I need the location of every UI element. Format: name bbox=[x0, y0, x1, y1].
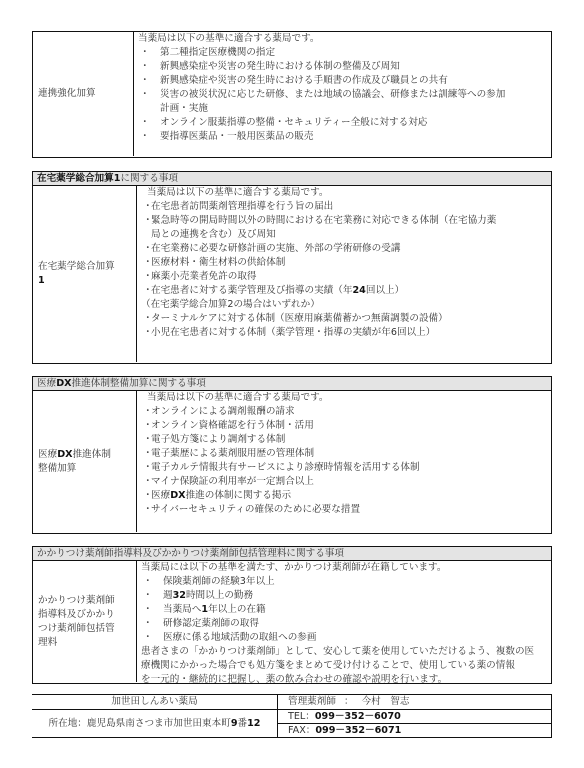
section-label: 在宅薬学総合加算 1 bbox=[33, 186, 137, 362]
list-item: ・新興感染症や災害の発生時における体制の整備及び周知 bbox=[138, 60, 547, 74]
bullet-icon: ・ bbox=[141, 461, 151, 475]
list-item-text: オンラインによる調剤報酬の請求 bbox=[151, 405, 295, 419]
footer-left-column: 加世田しんあい薬局 所在地：鹿児島県南さつま市加世田東本町9番12 bbox=[32, 695, 278, 737]
bullet-icon: ・ bbox=[141, 447, 151, 461]
list-item: ・研修認定薬剤師の取得 bbox=[141, 617, 547, 631]
list-item: ・ターミナルケアに対する体制（医療用麻薬備蓄かつ無菌調製の設備） bbox=[141, 312, 547, 326]
description-line: 患者さまの「かかりつけ薬剤師」として、安心して薬を使用していただけるよう、複数の… bbox=[141, 645, 547, 659]
section-header-text: に関する事項 bbox=[120, 173, 178, 184]
address-number: 12 bbox=[247, 718, 260, 729]
section-header: 医療DX推進体制整備加算に関する事項 bbox=[33, 377, 551, 391]
list-item-text: 麻薬小売業者免許の取得 bbox=[151, 270, 257, 284]
list-item: ・サイバーセキュリティの確保のために必要な措置 bbox=[141, 503, 547, 517]
list-item-text: 災害の被災状況に応じた研修、または地域の協議会、研修または訓練等への参加 bbox=[160, 88, 505, 102]
list-item-text: 週32時間以上の勤務 bbox=[163, 589, 253, 603]
list-item-text: 新興感染症や災害の発生時における体制の整備及び周知 bbox=[160, 60, 400, 74]
list-item: ・第二種指定医療機関の指定 bbox=[138, 46, 547, 60]
section-header-text: 医療 bbox=[37, 378, 56, 389]
section-zaitaku-yakugaku: 在宅薬学総合加算1に関する事項 在宅薬学総合加算 1 当薬局は以下の基準に適合す… bbox=[32, 171, 552, 364]
bullet-icon: ・ bbox=[141, 475, 151, 489]
list-item-text: 保険薬剤師の経験3年以上 bbox=[163, 575, 275, 589]
list-item: ・マイナ保険証の利用率が一定割合以上 bbox=[141, 475, 547, 489]
section-iryo-dx: 医療DX推進体制整備加算に関する事項 医療DX推進体制 整備加算 当薬局は以下の… bbox=[32, 376, 552, 534]
list-item-text: 新興感染症や災害の発生時における手順書の作成及び職員との共有 bbox=[160, 74, 448, 88]
section-label-line: かかりつけ薬剤師 bbox=[38, 594, 115, 608]
tel-label: TEL： bbox=[288, 711, 315, 722]
list-item-text: オンライン服薬指導の整備・セキュリティー全般に対する対応 bbox=[160, 116, 427, 130]
list-item: ・麻薬小売業者免許の取得 bbox=[141, 270, 547, 284]
description-line: を一元的・継続的に把握し、薬の飲み合わせの確認や説明を行います。 bbox=[141, 673, 547, 687]
list-item-continuation: 局との連携を含む）及び周知 bbox=[141, 228, 547, 242]
manager-pharmacist: 管理薬剤師：今村 智志 bbox=[278, 695, 551, 710]
list-item: ・電子カルテ情報共有サービスにより診療時情報を活用する体制 bbox=[141, 461, 547, 475]
section-label-text: 在宅薬学総合加算 bbox=[38, 260, 115, 274]
list-item-text: 在宅業務に必要な研修計画の実施、外部の学術研修の受講 bbox=[151, 242, 400, 256]
fax-number: 099－352－6071 bbox=[315, 725, 401, 736]
bullet-icon: ・ bbox=[138, 88, 160, 102]
list-item: ・在宅患者に対する薬学管理及び指導の実績（年24回以上） bbox=[141, 284, 547, 298]
bullet-icon: ・ bbox=[141, 503, 151, 517]
list-item-text: 在宅患者に対する薬学管理及び指導の実績（年24回以上） bbox=[151, 284, 404, 298]
list-item: ・電子薬歴による薬剤服用歴の管理体制 bbox=[141, 447, 547, 461]
footer-right-column: 管理薬剤師：今村 智志 TEL：099－352－6070 FAX：099－352… bbox=[278, 695, 552, 737]
section-kakaritsuke: かかりつけ薬剤師指導料及びかかりつけ薬剤師包括管理料に関する事項 かかりつけ薬剤… bbox=[32, 546, 552, 684]
bullet-icon: ・ bbox=[141, 242, 151, 256]
section-header-bold: DX bbox=[56, 378, 71, 389]
list-item: ・オンラインによる調剤報酬の請求 bbox=[141, 405, 547, 419]
section-label-number: 1 bbox=[38, 275, 45, 286]
section-label: 医療DX推進体制 整備加算 bbox=[33, 391, 137, 532]
list-item-text: 電子カルテ情報共有サービスにより診療時情報を活用する体制 bbox=[151, 461, 420, 475]
text-segment: 週 bbox=[163, 590, 173, 601]
text-segment: 当薬局へ bbox=[163, 604, 201, 615]
tel-number-link[interactable]: 099－352－6070 bbox=[315, 711, 401, 722]
section-label-line: 医療DX推進体制 bbox=[38, 448, 111, 462]
section-label: かかりつけ薬剤師 指導料及びかかり つけ薬剤師包括管 理料 bbox=[33, 561, 137, 682]
section-renkei-kyoka: 連携強化加算 当薬局は以下の基準に適合する薬局です。 ・第二種指定医療機関の指定… bbox=[32, 31, 552, 158]
bullet-icon: ・ bbox=[138, 74, 160, 88]
list-item-text: 当薬局へ1年以上の在籍 bbox=[163, 603, 266, 617]
intro-text: 当薬局は以下の基準に適合する薬局です。 bbox=[141, 391, 547, 405]
bullet-icon: ・ bbox=[141, 489, 151, 503]
tel-row: TEL：099－352－6070 bbox=[278, 710, 551, 724]
bullet-icon: ・ bbox=[141, 270, 151, 284]
list-item: ・災害の被災状況に応じた研修、または地域の協議会、研修または訓練等への参加 bbox=[138, 88, 547, 102]
address-number: 9 bbox=[231, 718, 238, 729]
pharmacy-name: 加世田しんあい薬局 bbox=[32, 695, 277, 710]
list-item-text: 小児在宅患者に対する体制（薬学管理・指導の実績が年6回以上） bbox=[151, 326, 435, 340]
text-segment: 医療 bbox=[151, 490, 170, 501]
list-item-text: 電子薬歴による薬剤服用歴の管理体制 bbox=[151, 447, 314, 461]
section-header-bold: 在宅薬学総合加算1 bbox=[37, 173, 120, 184]
list-item: ・医療材料・衛生材料の供給体制 bbox=[141, 256, 547, 270]
bullet-icon: ・ bbox=[141, 575, 163, 589]
bullet-icon: ・ bbox=[141, 312, 151, 326]
intro-text: 当薬局は以下の基準に適合する薬局です。 bbox=[138, 32, 547, 46]
bullet-icon: ・ bbox=[141, 326, 151, 340]
bullet-icon: ・ bbox=[141, 284, 151, 298]
text-segment: 在宅患者に対する薬学管理及び指導の実績（年 bbox=[151, 285, 352, 296]
section-label-line: 理料 bbox=[38, 636, 57, 650]
bullet-icon: ・ bbox=[141, 256, 151, 270]
list-item: ・緊急時等の開局時間以外の時間における在宅業務に対応できる体制（在宅協力薬 bbox=[141, 214, 547, 228]
text-bold: 32 bbox=[173, 590, 186, 601]
list-item-text: 医療材料・衛生材料の供給体制 bbox=[151, 256, 285, 270]
bullet-icon: ・ bbox=[141, 405, 151, 419]
bullet-icon: ・ bbox=[141, 589, 163, 603]
list-item: ・当薬局へ1年以上の在籍 bbox=[141, 603, 547, 617]
manager-name: 今村 智志 bbox=[362, 696, 410, 707]
text-bold: DX bbox=[170, 490, 185, 501]
list-item: ・電子処方箋により調剤する体制 bbox=[141, 433, 547, 447]
list-item-text: 在宅患者訪問薬剤管理指導を行う旨の届出 bbox=[151, 200, 333, 214]
list-item-text: 要指導医薬品・一般用医薬品の販売 bbox=[160, 130, 314, 144]
section-label-line: 指導料及びかかり bbox=[38, 608, 115, 622]
list-item: ・小児在宅患者に対する体制（薬学管理・指導の実績が年6回以上） bbox=[141, 326, 547, 340]
bullet-icon: ・ bbox=[141, 214, 151, 228]
description-line: 療機関にかかった場合でも処方箋をまとめて受け付けることで、使用している薬の情報 bbox=[141, 659, 547, 673]
list-item: ・新興感染症や災害の発生時における手順書の作成及び職員との共有 bbox=[138, 74, 547, 88]
manager-separator: ： bbox=[344, 696, 354, 707]
list-item-text: 緊急時等の開局時間以外の時間における在宅業務に対応できる体制（在宅協力薬 bbox=[151, 214, 496, 228]
address-text: 所在地：鹿児島県南さつま市加世田東本町 bbox=[49, 718, 231, 729]
section-header: かかりつけ薬剤師指導料及びかかりつけ薬剤師包括管理料に関する事項 bbox=[33, 547, 551, 561]
section-header-text: 推進体制整備加算に関する事項 bbox=[72, 378, 206, 389]
list-item-text: 医療DX推進の体制に関する掲示 bbox=[151, 489, 291, 503]
text-segment: 回以上） bbox=[366, 285, 404, 296]
text-segment: 推進の体制に関する掲示 bbox=[186, 490, 292, 501]
list-item-text: マイナ保険証の利用率が一定割合以上 bbox=[151, 475, 314, 489]
section-content: 当薬局には以下の基準を満たす、かかりつけ薬剤師が在籍しています。 ・保険薬剤師の… bbox=[137, 561, 551, 682]
list-item-text: 医療に係る地域活動の取組への参画 bbox=[163, 631, 317, 645]
fax-label: FAX： bbox=[288, 725, 315, 736]
section-header: 在宅薬学総合加算1に関する事項 bbox=[33, 172, 551, 186]
text-segment: 推進体制 bbox=[73, 449, 111, 460]
section-content: 当薬局は以下の基準に適合する薬局です。 ・第二種指定医療機関の指定 ・新興感染症… bbox=[134, 32, 551, 156]
section-content: 当薬局は以下の基準に適合する薬局です。 ・オンラインによる調剤報酬の請求 ・オン… bbox=[137, 391, 551, 532]
list-item: ・オンライン服薬指導の整備・セキュリティー全般に対する対応 bbox=[138, 116, 547, 130]
bullet-icon: ・ bbox=[141, 603, 163, 617]
fax-row: FAX：099－352－6071 bbox=[278, 724, 551, 737]
list-item-text: 第二種指定医療機関の指定 bbox=[160, 46, 275, 60]
list-item-text: 研修認定薬剤師の取得 bbox=[163, 617, 259, 631]
list-item-text: オンライン資格確認を行う体制・活用 bbox=[151, 419, 314, 433]
pharmacy-info-footer: 加世田しんあい薬局 所在地：鹿児島県南さつま市加世田東本町9番12 管理薬剤師：… bbox=[32, 694, 552, 738]
section-label-text: 連携強化加算 bbox=[38, 87, 96, 101]
intro-text: 当薬局は以下の基準に適合する薬局です。 bbox=[141, 186, 547, 200]
address-text: 番 bbox=[238, 718, 248, 729]
section-label-line: つけ薬剤師包括管 bbox=[38, 622, 115, 636]
bullet-icon: ・ bbox=[141, 617, 163, 631]
list-item: ・保険薬剤師の経験3年以上 bbox=[141, 575, 547, 589]
text-segment: 時間以上の勤務 bbox=[186, 590, 253, 601]
intro-text: 当薬局には以下の基準を満たす、かかりつけ薬剤師が在籍しています。 bbox=[141, 561, 547, 575]
pharmacy-address: 所在地：鹿児島県南さつま市加世田東本町9番12 bbox=[32, 710, 277, 737]
manager-label: 管理薬剤師 bbox=[288, 696, 336, 707]
bullet-icon: ・ bbox=[138, 46, 160, 60]
list-item-text: ターミナルケアに対する体制（医療用麻薬備蓄かつ無菌調製の設備） bbox=[151, 312, 448, 326]
list-item: ・医療DX推進の体制に関する掲示 bbox=[141, 489, 547, 503]
bullet-icon: ・ bbox=[141, 433, 151, 447]
bullet-icon: ・ bbox=[141, 200, 151, 214]
text-bold: 24 bbox=[352, 285, 365, 296]
section-label: 連携強化加算 bbox=[33, 32, 134, 156]
text-bold: DX bbox=[57, 449, 72, 460]
list-item: ・在宅患者訪問薬剤管理指導を行う旨の届出 bbox=[141, 200, 547, 214]
list-item: ・要指導医薬品・一般用医薬品の販売 bbox=[138, 130, 547, 144]
text-segment: 年以上の在籍 bbox=[208, 604, 266, 615]
list-item-continuation: 計画・実施 bbox=[138, 102, 547, 116]
list-item-text: サイバーセキュリティの確保のために必要な措置 bbox=[151, 503, 360, 517]
list-item: ・オンライン資格確認を行う体制・活用 bbox=[141, 419, 547, 433]
bullet-icon: ・ bbox=[138, 116, 160, 130]
bullet-icon: ・ bbox=[138, 60, 160, 74]
bullet-icon: ・ bbox=[141, 631, 163, 645]
list-item: ・医療に係る地域活動の取組への参画 bbox=[141, 631, 547, 645]
text-segment: 医療 bbox=[38, 449, 57, 460]
section-content: 当薬局は以下の基準に適合する薬局です。 ・在宅患者訪問薬剤管理指導を行う旨の届出… bbox=[137, 186, 551, 362]
list-item: ・在宅業務に必要な研修計画の実施、外部の学術研修の受講 bbox=[141, 242, 547, 256]
bullet-icon: ・ bbox=[141, 419, 151, 433]
list-item: ・週32時間以上の勤務 bbox=[141, 589, 547, 603]
bullet-icon: ・ bbox=[138, 130, 160, 144]
note-text: （在宅薬学総合加算2の場合はいずれか） bbox=[141, 298, 547, 312]
section-label-line: 整備加算 bbox=[38, 462, 76, 476]
list-item-text: 電子処方箋により調剤する体制 bbox=[151, 433, 285, 447]
